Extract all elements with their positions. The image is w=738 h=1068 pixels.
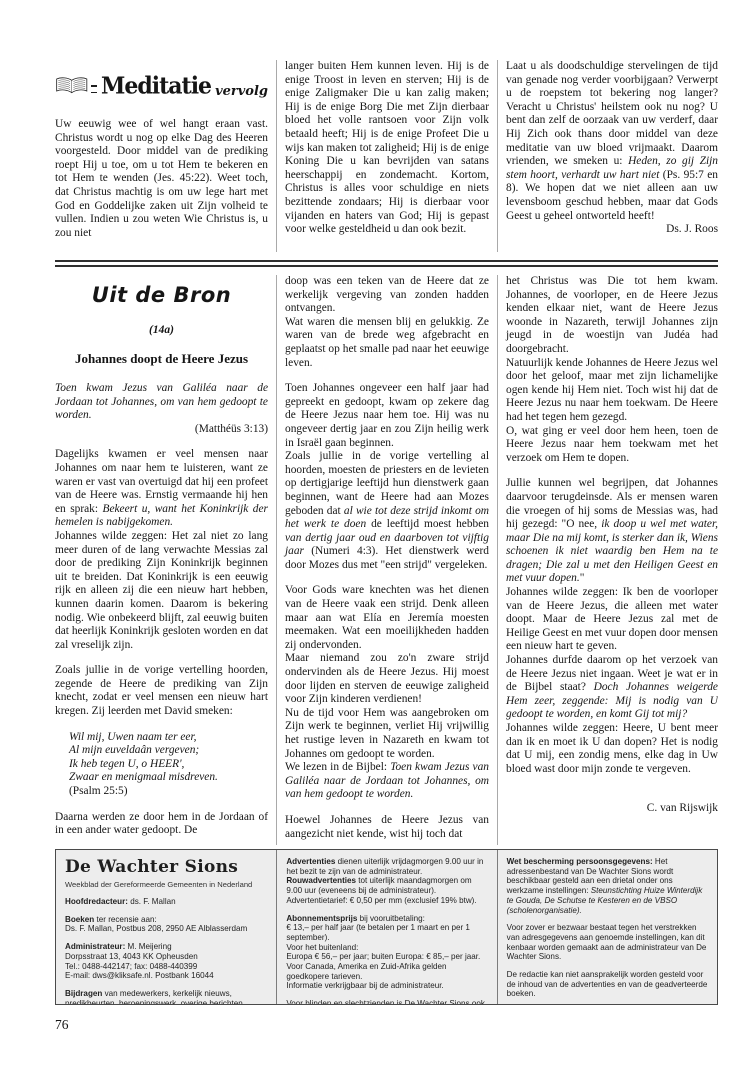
paragraph: Maar niemand zou zo'n zware strijd onder… xyxy=(285,652,489,706)
paragraph: Uw eeuwig wee of wel hangt eraan vast. C… xyxy=(55,118,268,240)
text-run: We lezen in de Bijbel: xyxy=(285,761,390,773)
paragraph: langer buiten Hem kunnen leven. Hij is d… xyxy=(285,60,489,237)
bron-title: Uit de Bron xyxy=(55,283,268,307)
paragraph: Dagelijks kwamen er veel mensen naar Joh… xyxy=(55,448,268,530)
meditatie-title: Meditatie xyxy=(101,72,211,100)
text-run: Advertenties xyxy=(286,857,335,866)
text-run: C. van Rijswijk xyxy=(647,802,718,814)
colophon-col3-text: Wet bescherming persoonsgegevens: Het ad… xyxy=(507,857,708,1004)
colophon-column-1: De Wachter Sions Weekblad der Gereformee… xyxy=(56,850,276,1004)
meditatie-title-suffix: vervolg xyxy=(215,84,268,99)
text-run: Dorpsstraat 13, 4043 KK Opheusden xyxy=(65,952,198,961)
paragraph: Wat waren die mensen blij en gelukkig. Z… xyxy=(285,316,489,370)
paragraph: Laat u als doodschuldige stervelingen de… xyxy=(506,60,718,223)
paragraph: O, wat ging er veel door hem heen, toen … xyxy=(506,425,718,466)
paragraph: Toen kwam Jezus van Galiléa naar de Jord… xyxy=(55,382,268,423)
meditatie-column-3: Laat u als doodschuldige stervelingen de… xyxy=(497,60,718,252)
paragraph: Natuurlijk kende Johannes de Heere Jezus… xyxy=(506,357,718,425)
paragraph: Hoofdredacteur: ds. F. Mallan xyxy=(65,897,267,907)
text-run: Voor zover er bezwaar bestaat tegen het … xyxy=(507,923,707,961)
text-run: ter recensie aan: xyxy=(94,915,157,924)
colophon-column-2: Advertenties dienen uiterlijk vrijdagmor… xyxy=(276,850,496,1004)
colophon-col2-text: Advertenties dienen uiterlijk vrijdagmor… xyxy=(286,857,487,1004)
page-number: 76 xyxy=(55,1017,718,1033)
paragraph: Abonnementsprijs bij vooruitbetaling:€ 1… xyxy=(286,914,487,992)
text-run: (Numeri 4:3). Het dienstwerk werd door M… xyxy=(285,545,489,571)
text-run: Bijdragen xyxy=(65,989,102,998)
text-run: Johannes wilde zeggen: Heere, U bent mee… xyxy=(506,722,718,775)
text-run: € 13,– per half jaar (te betalen per 1 m… xyxy=(286,923,470,942)
text-run: Administrateur: xyxy=(65,942,125,951)
bron-column-2: doop was een teken van de Heere dat ze w… xyxy=(276,275,497,845)
text-run: Daarna werden ze door hem in de Jordaan … xyxy=(55,811,268,837)
text-run: Rouwadvertenties xyxy=(286,876,356,885)
scripture-reference: (Matthéüs 3:13) xyxy=(55,423,268,437)
text-run: (Psalm 25:5) xyxy=(69,785,128,797)
text-run: Natuurlijk kende Johannes de Heere Jezus… xyxy=(506,357,718,423)
bron-column-3: het Christus was Die tot hem kwam. Johan… xyxy=(497,275,718,845)
text-run: Tel.: 0488-442147; fax: 0488-440399 xyxy=(65,962,197,971)
masthead-subtitle: Weekblad der Gereformeerde Gemeenten in … xyxy=(65,880,267,889)
text-run: Abonnementsprijs xyxy=(286,914,357,923)
text-run: (Matthéüs 3:13) xyxy=(195,423,268,435)
paragraph: Administrateur: M. MeijeringDorpsstraat … xyxy=(65,942,267,981)
paragraph: Johannes wilde zeggen: Het zal niet zo l… xyxy=(55,530,268,652)
meditatie-column-1: Meditatie vervolg Uw eeuwig wee of wel h… xyxy=(55,60,276,252)
text-run: Wat waren die mensen blij en gelukkig. Z… xyxy=(285,316,489,369)
text-run: Johannes wilde zeggen: Het zal niet zo l… xyxy=(55,530,268,651)
meditatie-column-2: langer buiten Hem kunnen leven. Hij is d… xyxy=(276,60,497,252)
paragraph: doop was een teken van de Heere dat ze w… xyxy=(285,275,489,316)
text-run: Boeken xyxy=(65,915,94,924)
paragraph: Hoewel Johannes de Heere Jezus van aange… xyxy=(285,814,489,841)
text-run: Al mijn euveldaân vergeven; xyxy=(69,744,199,756)
text-run: Uw eeuwig wee of wel hangt eraan vast. C… xyxy=(55,118,268,239)
text-run: Hoewel Johannes de Heere Jezus van aange… xyxy=(285,814,489,840)
section-divider xyxy=(55,260,718,267)
colophon-box: De Wachter Sions Weekblad der Gereformee… xyxy=(55,849,718,1005)
text-run: bij vooruitbetaling: xyxy=(357,914,425,923)
text-run: Maar niemand zou zo'n zware strijd onder… xyxy=(285,652,489,705)
meditatie-col1-text: Uw eeuwig wee of wel hangt eraan vast. C… xyxy=(55,118,268,240)
bron-col1-text: Toen kwam Jezus van Galiléa naar de Jord… xyxy=(55,382,268,838)
text-run: Zwaar en menigmaal misdreven. xyxy=(69,771,218,783)
bron-subtitle: Johannes doopt de Heere Jezus xyxy=(55,351,268,367)
paragraph: Jullie kunnen wel begrijpen, dat Johanne… xyxy=(506,477,718,586)
signature: C. van Rijswijk xyxy=(506,802,718,816)
text-run: Europa € 56,– per jaar; buiten Europa: €… xyxy=(286,952,480,961)
paragraph: Advertenties dienen uiterlijk vrijdagmor… xyxy=(286,857,487,876)
text-run: doop was een teken van de Heere dat ze w… xyxy=(285,275,489,314)
bron-col3-text: het Christus was Die tot hem kwam. Johan… xyxy=(506,275,718,816)
paragraph: Voor blinden en slechtzienden is De Wach… xyxy=(286,999,487,1004)
text-run: M. Meijering xyxy=(125,942,171,951)
text-run: Ik heb tegen U, o HEER', xyxy=(69,758,184,770)
text-run: E-mail: dws@kliksafe.nl. Postbank 16044 xyxy=(65,971,214,980)
bron-episode-number: (14a) xyxy=(55,324,268,336)
meditatie-logo: Meditatie vervolg xyxy=(55,62,268,110)
magazine-page: Meditatie vervolg Uw eeuwig wee of wel h… xyxy=(0,0,738,1068)
logo-rule xyxy=(91,85,98,93)
colophon-col1-text: Hoofdredacteur: ds. F. MallanBoeken ter … xyxy=(65,897,267,1004)
text-run: Toen Johannes ongeveer een half jaar had… xyxy=(285,382,489,448)
paragraph: Johannes durfde daarom op het verzoek va… xyxy=(506,654,718,722)
paragraph: Nu de tijd voor Hem was aangebroken om Z… xyxy=(285,707,489,761)
paragraph: Zoals jullie in de vorige vertelling al … xyxy=(285,450,489,572)
paragraph: Voor Gods ware knechten was het dienen v… xyxy=(285,584,489,652)
paragraph: Johannes wilde zeggen: Ik ben de voorlop… xyxy=(506,586,718,654)
paragraph: We lezen in de Bijbel: Toen kwam Jezus v… xyxy=(285,761,489,802)
paragraph: Johannes wilde zeggen: Heere, U bent mee… xyxy=(506,722,718,776)
text-run: ds. F. Mallan xyxy=(128,897,176,906)
meditatie-columns: Meditatie vervolg Uw eeuwig wee of wel h… xyxy=(55,60,718,252)
text-run: Ds. J. Roos xyxy=(666,223,718,235)
paragraph: Voor zover er bezwaar bestaat tegen het … xyxy=(507,923,708,962)
text-run: Toen kwam Jezus van Galiléa naar de Jord… xyxy=(55,382,268,421)
text-run: Ds. F. Mallan, Postbus 208, 2950 AE Albl… xyxy=(65,924,247,933)
paragraph: Toen Johannes ongeveer een half jaar had… xyxy=(285,382,489,450)
signature: Ds. J. Roos xyxy=(506,223,718,237)
bron-column-1: Uit de Bron (14a) Johannes doopt de Heer… xyxy=(55,275,276,845)
text-run: De redactie kan niet aansprakelijk worde… xyxy=(507,970,708,998)
bron-columns: Uit de Bron (14a) Johannes doopt de Heer… xyxy=(55,275,718,845)
text-run: Voor het buitenland: xyxy=(286,943,358,952)
text-run: het Christus was Die tot hem kwam. Johan… xyxy=(506,275,718,355)
paragraph: Wet bescherming persoonsgegevens: Het ad… xyxy=(507,857,708,915)
uit-de-bron-section: Uit de Bron (14a) Johannes doopt de Heer… xyxy=(55,275,718,845)
text-run: Voor blinden en slechtzienden is De Wach… xyxy=(286,999,485,1004)
text-run: Advertentietarief: € 0,50 per mm (exclus… xyxy=(286,896,476,905)
paragraph: Daarna werden ze door hem in de Jordaan … xyxy=(55,811,268,838)
text-run: Voor Gods ware knechten was het dienen v… xyxy=(285,584,489,650)
meditatie-col3-text: Laat u als doodschuldige stervelingen de… xyxy=(506,60,718,237)
paragraph: het Christus was Die tot hem kwam. Johan… xyxy=(506,275,718,357)
paragraph: Zoals jullie in de vorige vertelling hoo… xyxy=(55,664,268,718)
meditatie-col2-text: langer buiten Hem kunnen leven. Hij is d… xyxy=(285,60,489,237)
text-run: de leeftijd moest hebben xyxy=(366,518,489,530)
text-run: O, wat ging er veel door hem heen, toen … xyxy=(506,425,718,464)
colophon-column-3: Wet bescherming persoonsgegevens: Het ad… xyxy=(497,850,717,1004)
paragraph: Boeken ter recensie aan:Ds. F. Mallan, P… xyxy=(65,915,267,934)
text-run: langer buiten Hem kunnen leven. Hij is d… xyxy=(285,60,489,235)
masthead-title: De Wachter Sions xyxy=(65,857,267,877)
psalm-verse: Wil mij, Uwen naam ter eer,Al mijn euvel… xyxy=(55,731,268,799)
text-run: Voor Canada, Amerika en Zuid-Afrika geld… xyxy=(286,962,446,981)
text-run: Laat u als doodschuldige stervelingen de… xyxy=(506,60,718,167)
paragraph: Rouwadvertenties tot uiterlijk maandagmo… xyxy=(286,876,487,895)
meditatie-section: Meditatie vervolg Uw eeuwig wee of wel h… xyxy=(55,60,718,252)
paragraph: Advertentietarief: € 0,50 per mm (exclus… xyxy=(286,896,487,906)
bron-col2-text: doop was een teken van de Heere dat ze w… xyxy=(285,275,489,841)
text-run: Hoofdredacteur: xyxy=(65,897,128,906)
open-book-icon xyxy=(55,62,89,110)
text-run: Informatie verkrijgbaar bij de administr… xyxy=(286,981,443,990)
paragraph: De redactie kan niet aansprakelijk worde… xyxy=(507,970,708,999)
paragraph: Bijdragen van medewerkers, kerkelijk nie… xyxy=(65,989,267,1004)
text-run: Nu de tijd voor Hem was aangebroken om Z… xyxy=(285,707,489,760)
text-run: Johannes wilde zeggen: Ik ben de voorlop… xyxy=(506,586,718,652)
text-run: Wet bescherming persoonsgegevens: xyxy=(507,857,653,866)
text-run: " xyxy=(580,572,585,584)
text-run: Wil mij, Uwen naam ter eer, xyxy=(69,731,197,743)
text-run: Zoals jullie in de vorige vertelling hoo… xyxy=(55,664,268,717)
